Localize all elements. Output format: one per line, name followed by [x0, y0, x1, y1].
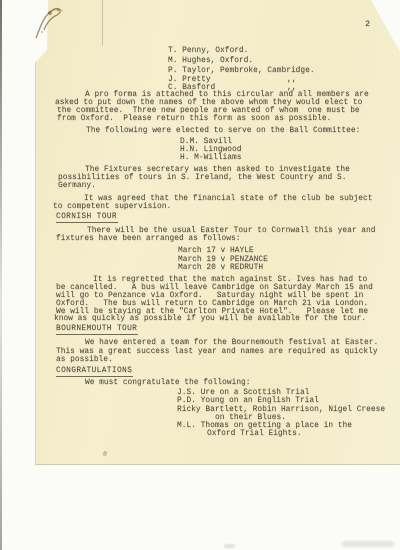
congrats-item: Ricky Bartlett, Robin Harrison, Nigel Cr… [177, 406, 385, 414]
cornish-detail-line: know as quickly as possible if you will … [54, 315, 366, 323]
congrats-item: Oxford Trial Eights. [207, 430, 302, 438]
congratulations-heading: CONGRATULATIONS [56, 367, 133, 377]
fixtures-secretary-line: Germany. [58, 182, 96, 190]
bournemouth-tour-heading: BOURNEMOUTH TOUR [56, 325, 138, 335]
scan-smudge-bottom [342, 541, 394, 547]
fixture-line: March 19 v PENZANCE [178, 256, 268, 264]
page-number: 2 [365, 20, 370, 28]
finance-line: to competent supervision. [53, 203, 171, 211]
cornish-detail-line: will go to Penzance via Oxford. Saturday… [56, 292, 363, 300]
committee-member: H.N. Lingwood [180, 146, 241, 154]
committee-member: D.M. Savill [180, 138, 232, 146]
paper-left-edge [35, 62, 36, 465]
proforma-line: the committee. Three new people are want… [57, 107, 360, 115]
cornish-tour-heading: CORNISH TOUR [56, 213, 118, 223]
bournemouth-line: This was a great success last year and n… [56, 348, 378, 356]
scan-edge-line [0, 0, 2, 550]
scan-smudge-bottom [224, 544, 235, 548]
proforma-line: A pro forma is attached to this circular… [85, 91, 369, 99]
committee-member: H. M-Williams [180, 154, 241, 162]
recipient-name: T. Penny, Oxford. [168, 47, 248, 55]
cornish-intro-line: fixtures have been arranged as follows: [56, 235, 240, 243]
congrats-item: on their Blues. [215, 414, 286, 422]
bournemouth-line: We have entered a team for the Bournemou… [85, 339, 378, 347]
page-crease [102, 0, 103, 46]
scanned-document: 2 T. Penny, Oxford. M. Hughes, Oxford. P… [0, 0, 400, 550]
cornish-detail-line: It is regretted that the match against S… [93, 276, 367, 284]
fixture-line: March 17 v HAYLE [178, 247, 254, 255]
ink-stain [28, 2, 78, 46]
congrats-item: M.L. Thomas on getting a place in the [177, 422, 352, 430]
congratulations-intro: We must congratulate the following: [85, 379, 251, 387]
proforma-line: asked to put down the names of the above… [55, 99, 362, 107]
recipient-name: M. Hughes, Oxford. [168, 57, 253, 65]
congrats-item: J.S. Ure on a Scottish Trial [177, 389, 309, 397]
proforma-line: from Oxford. Please return this form as … [57, 115, 331, 123]
finance-line: It was agreed that the financial state o… [84, 195, 372, 203]
recipient-name: P. Taylor, Pembroke, Cambridge. [168, 67, 315, 75]
ditto-mark: ,, [287, 76, 296, 84]
bournemouth-line: as possible. [56, 356, 113, 364]
congrats-item: P.D. Young on an English Trial [177, 397, 319, 405]
fixtures-secretary-line: The Fixtures secretary was then asked to… [85, 166, 350, 174]
paper-bottom-edge [36, 464, 400, 465]
fixtures-secretary-line: possibilities of tours in S. Ireland, th… [58, 174, 346, 182]
recipient-name: J. Pretty [168, 76, 211, 84]
cornish-detail-line: Oxford. The bus will return to Cambridge… [56, 300, 368, 308]
fixture-line: March 20 v REDRUTH [178, 264, 263, 272]
ball-committee-intro: The following were elected to serve on t… [86, 127, 360, 135]
cornish-intro-line: There will be the usual Easter Tour to C… [87, 227, 375, 235]
cornish-detail-line: be cancelled. A bus will leave Cambridge… [56, 284, 373, 292]
